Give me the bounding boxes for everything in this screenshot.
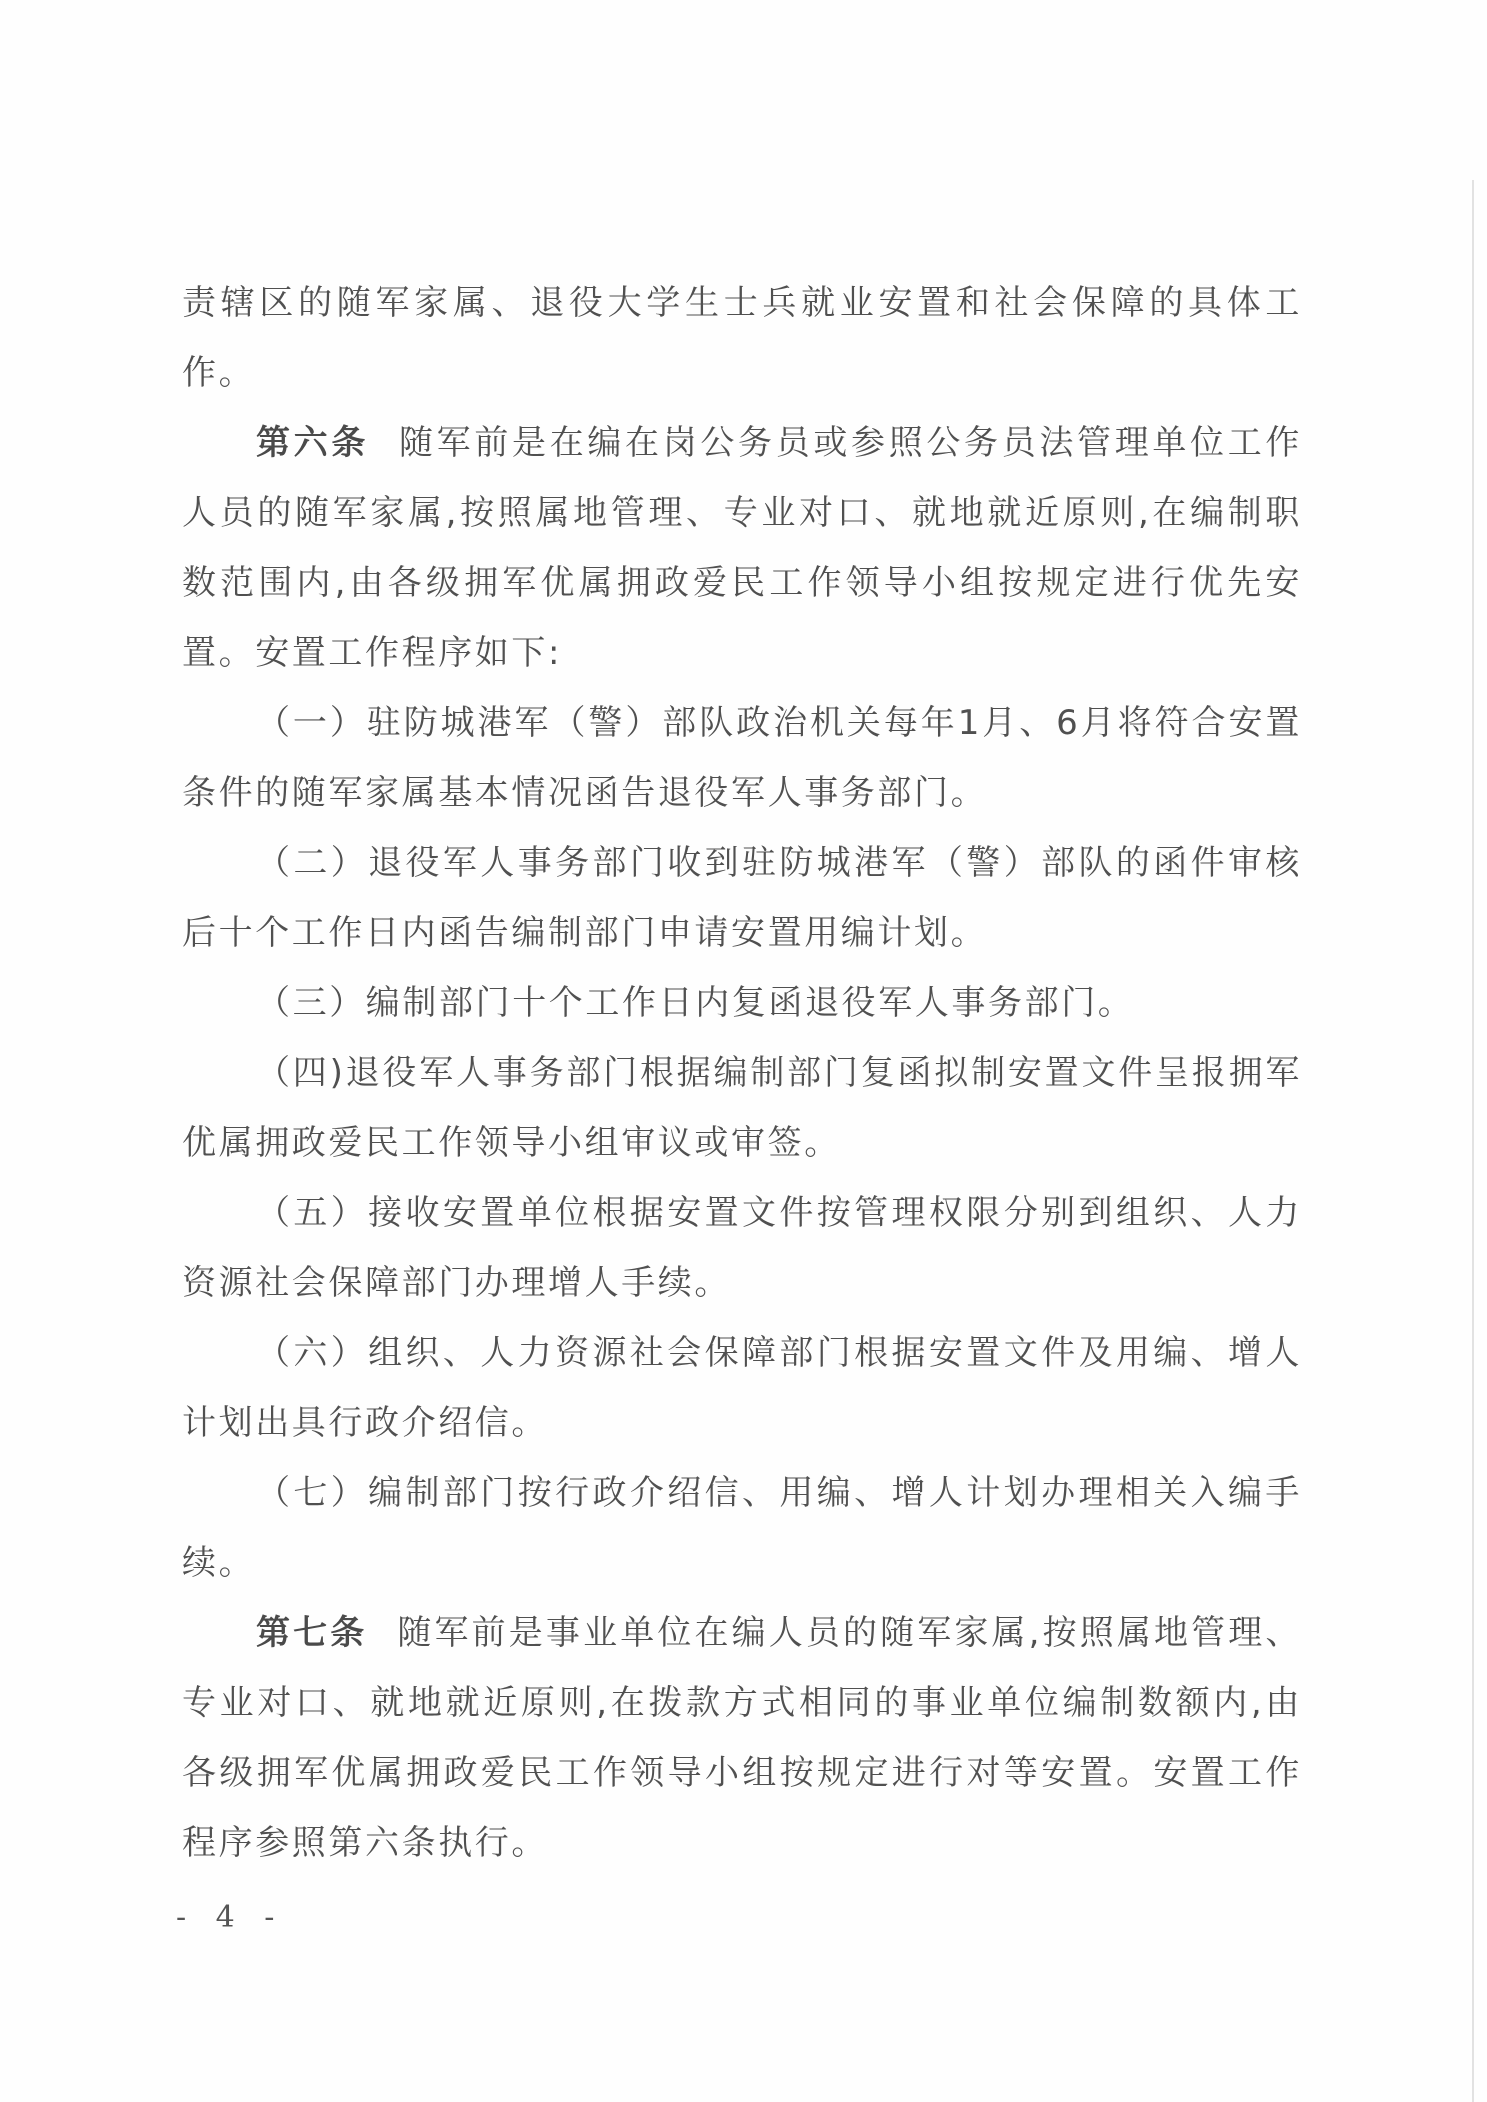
procedure-item-2: （二）退役军人事务部门收到驻防城港军（警）部队的函件审核后十个工作日内函告编制部… — [182, 828, 1302, 968]
article-7: 第七条随军前是事业单位在编人员的随军家属,按照属地管理、专业对口、就地就近原则,… — [182, 1598, 1302, 1878]
scan-edge-line — [1472, 180, 1474, 2102]
paragraph-continuation: 责辖区的随军家属、退役大学生士兵就业安置和社会保障的具体工作。 — [182, 268, 1302, 408]
article-label: 第七条 — [256, 1613, 367, 1653]
page-number: - 4 - — [176, 1900, 284, 1935]
procedure-item-3: （三）编制部门十个工作日内复函退役军人事务部门。 — [182, 968, 1302, 1038]
paragraph-text: （七）编制部门按行政介绍信、用编、增人计划办理相关入编手续。 — [182, 1473, 1302, 1583]
paragraph-text: （四)退役军人事务部门根据编制部门复函拟制安置文件呈报拥军优属拥政爱民工作领导小… — [182, 1053, 1302, 1163]
paragraph-text: （三）编制部门十个工作日内复函退役军人事务部门。 — [256, 983, 1134, 1023]
paragraph-text: （一）驻防城港军（警）部队政治机关每年1月、6月将符合安置条件的随军家属基本情况… — [182, 703, 1302, 813]
procedure-item-4: （四)退役军人事务部门根据编制部门复函拟制安置文件呈报拥军优属拥政爱民工作领导小… — [182, 1038, 1302, 1178]
paragraph-text: （五）接收安置单位根据安置文件按管理权限分别到组织、人力资源社会保障部门办理增人… — [182, 1193, 1302, 1303]
procedure-item-6: （六）组织、人力资源社会保障部门根据安置文件及用编、增人计划出具行政介绍信。 — [182, 1318, 1302, 1458]
document-page: 责辖区的随军家属、退役大学生士兵就业安置和社会保障的具体工作。 第六条随军前是在… — [0, 0, 1487, 2102]
procedure-item-5: （五）接收安置单位根据安置文件按管理权限分别到组织、人力资源社会保障部门办理增人… — [182, 1178, 1302, 1318]
procedure-item-7: （七）编制部门按行政介绍信、用编、增人计划办理相关入编手续。 — [182, 1458, 1302, 1598]
article-6: 第六条随军前是在编在岗公务员或参照公务员法管理单位工作人员的随军家属,按照属地管… — [182, 408, 1302, 688]
article-label: 第六条 — [256, 423, 369, 463]
document-body: 责辖区的随军家属、退役大学生士兵就业安置和社会保障的具体工作。 第六条随军前是在… — [182, 268, 1302, 1878]
procedure-item-1: （一）驻防城港军（警）部队政治机关每年1月、6月将符合安置条件的随军家属基本情况… — [182, 688, 1302, 828]
paragraph-text: （六）组织、人力资源社会保障部门根据安置文件及用编、增人计划出具行政介绍信。 — [182, 1333, 1302, 1443]
paragraph-text: （二）退役军人事务部门收到驻防城港军（警）部队的函件审核后十个工作日内函告编制部… — [182, 843, 1302, 953]
paragraph-text: 责辖区的随军家属、退役大学生士兵就业安置和社会保障的具体工作。 — [182, 283, 1302, 393]
